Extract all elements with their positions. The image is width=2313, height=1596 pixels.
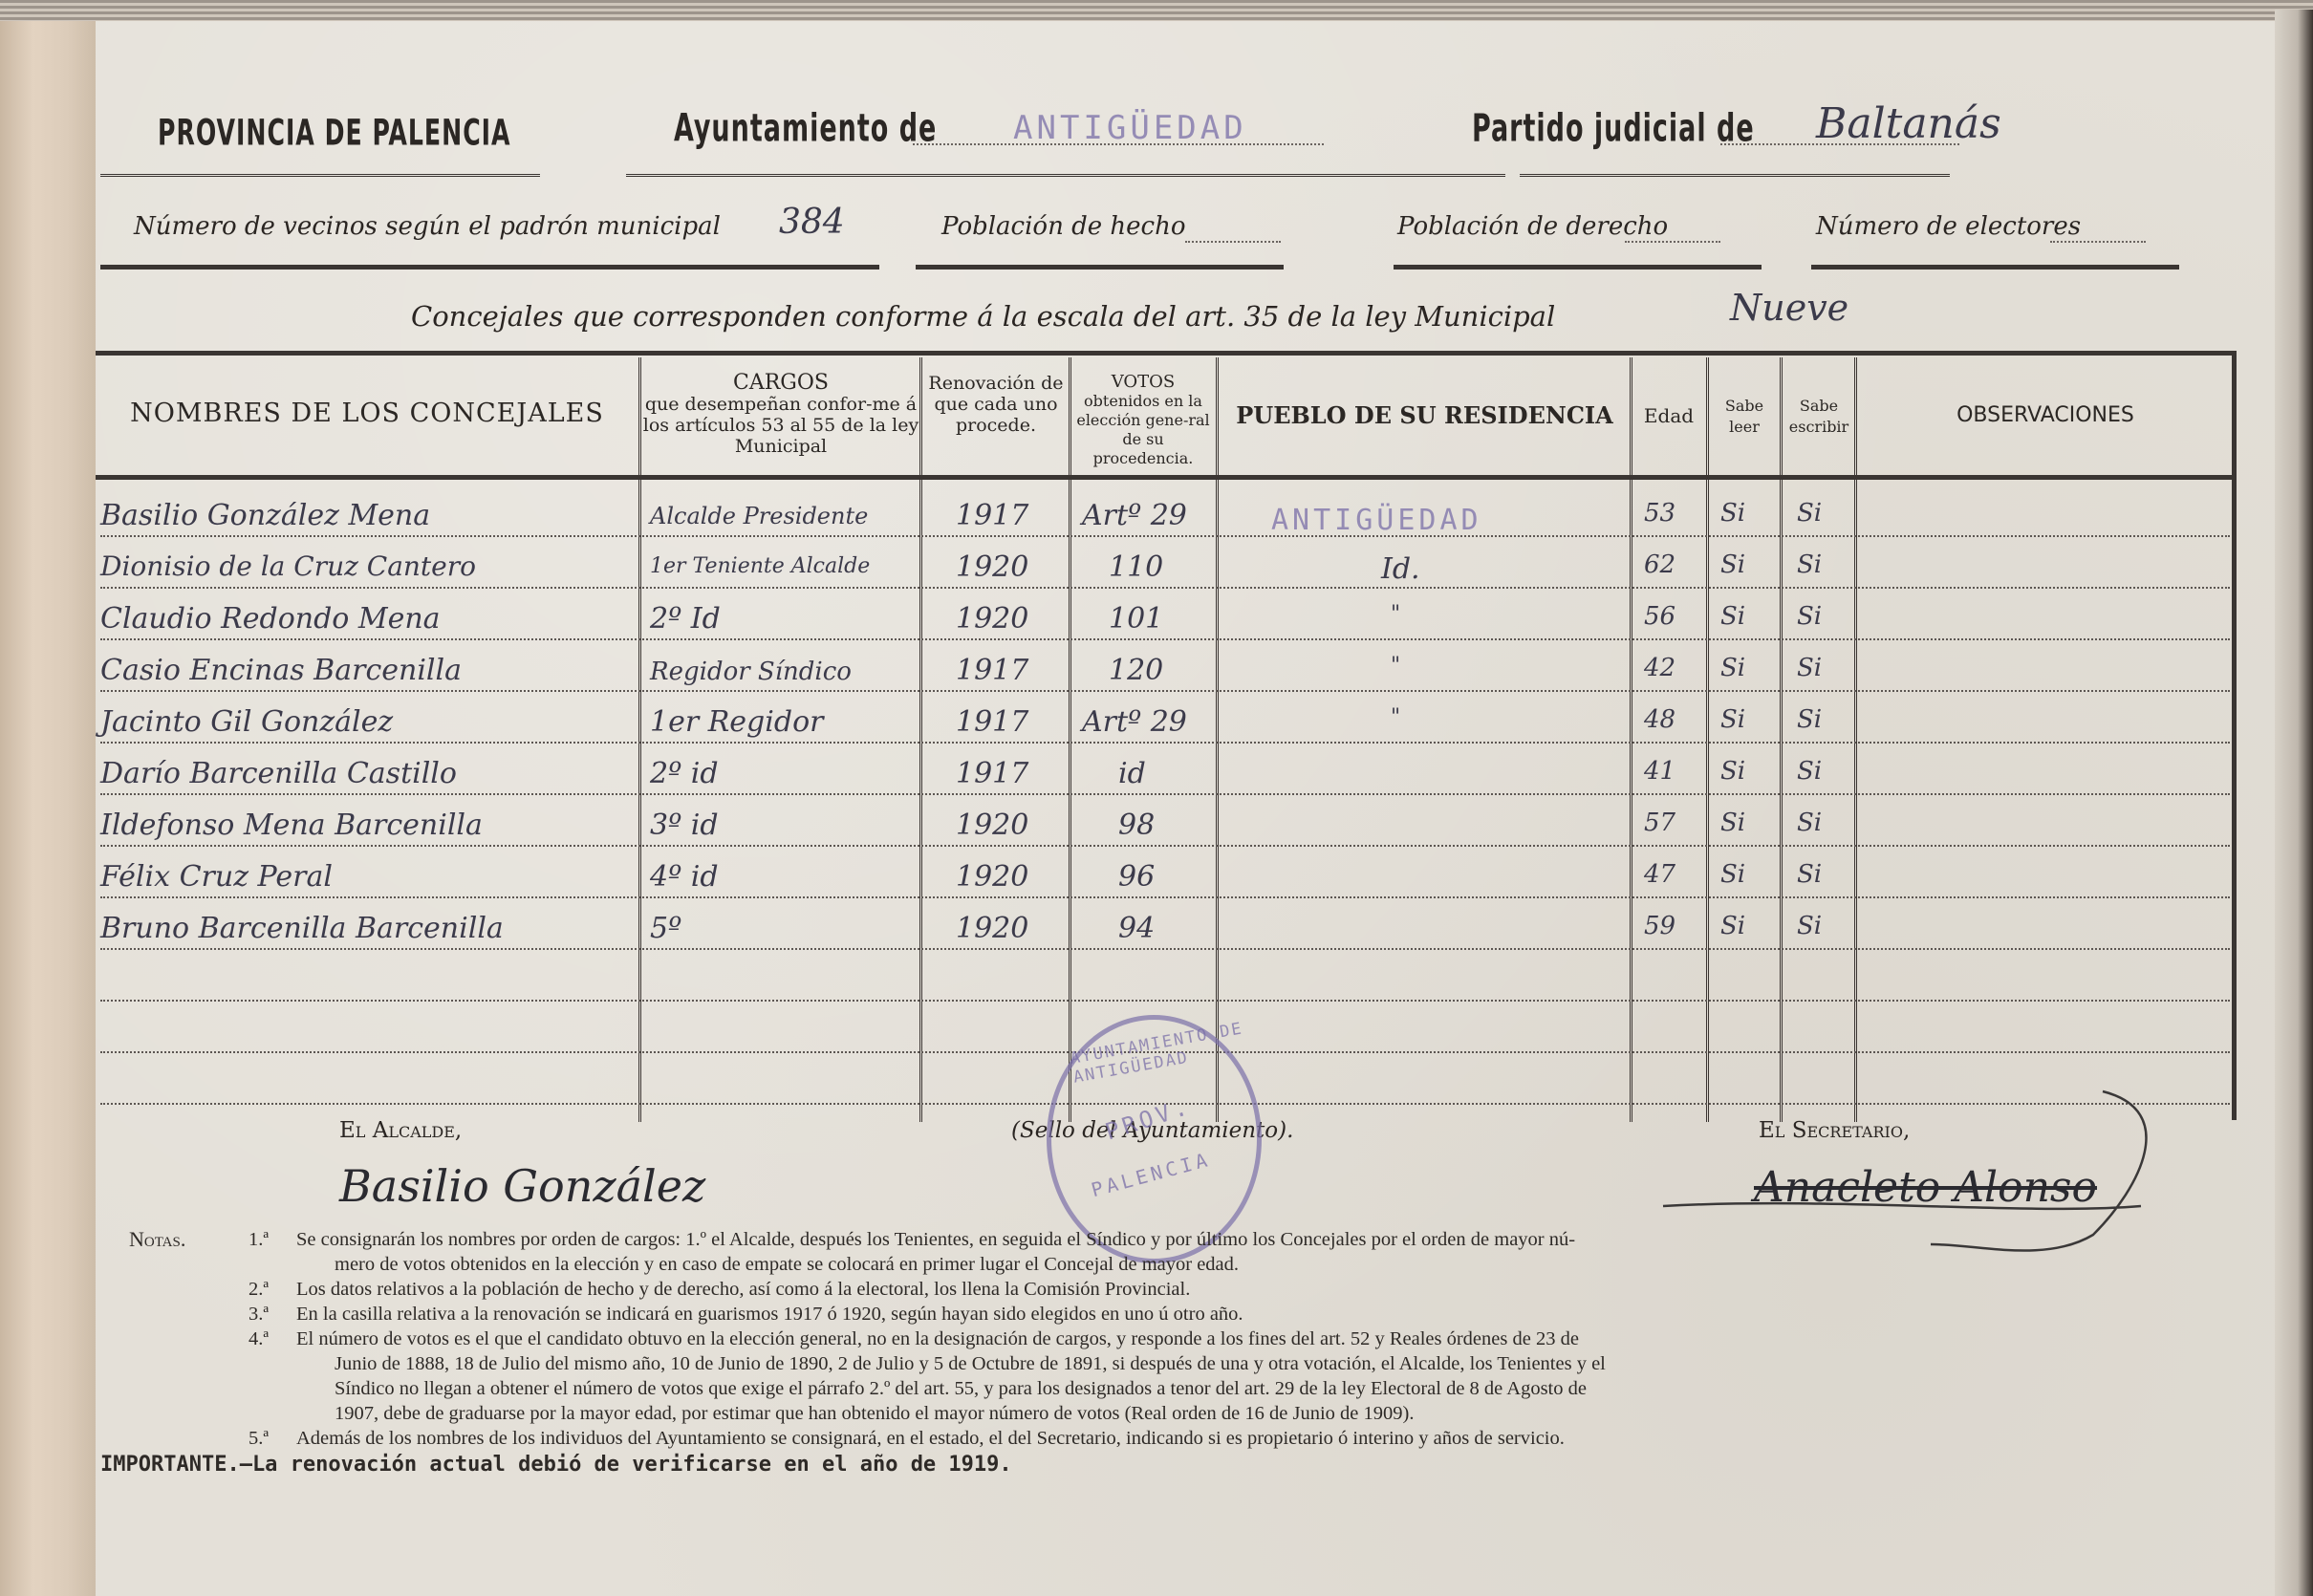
column-divider (1706, 357, 1709, 1122)
header-observaciones: OBSERVACIONES (1859, 405, 2232, 426)
header-nombres: NOMBRES DE LOS CONCEJALES (96, 403, 638, 424)
row-line (100, 742, 2230, 744)
note-1-line-1: Se consignarán los nombres por orden de … (296, 1227, 1575, 1252)
row-line (100, 690, 2230, 692)
row-8-cargo: 5º (650, 912, 681, 945)
note-4-num: 4.ª (249, 1326, 269, 1351)
row-1-cargo: 1er Teniente Alcalde (650, 554, 870, 578)
row-0-edad: 53 (1644, 499, 1675, 528)
row-4-nombre: Jacinto Gil González (100, 705, 393, 739)
row-6-cargo: 3º id (650, 809, 719, 842)
page-stack-edge (0, 0, 2313, 21)
alcalde-signature: Basilio González (339, 1160, 705, 1212)
row-4-renovacion: 1917 (956, 705, 1028, 739)
row-1-leer: Si (1720, 550, 1745, 579)
row-2-edad: 56 (1644, 602, 1675, 631)
row-5-votos: id (1118, 757, 1146, 790)
alcalde-label: El Alcalde, (339, 1118, 462, 1143)
row-3-pueblo: " (1391, 654, 1400, 678)
row-8-votos: 94 (1118, 912, 1155, 945)
row-3-leer: Si (1720, 654, 1745, 682)
row-1-pueblo: Id. (1381, 552, 1420, 586)
row-2-renovacion: 1920 (956, 602, 1028, 636)
divider (100, 174, 540, 177)
row-0-renovacion: 1917 (956, 499, 1028, 532)
row-0-escribir: Si (1797, 499, 1822, 528)
divider (100, 265, 879, 270)
note-4-line-3: Síndico no llegan a obtener el número de… (335, 1376, 1587, 1401)
ayuntamiento-label: Ayuntamiento de (674, 106, 937, 151)
note-3-num: 3.ª (249, 1302, 269, 1326)
header-votos-sub: obtenidos en la elección gene-ral de su … (1072, 392, 1214, 468)
row-7-escribir: Si (1797, 860, 1822, 889)
vecinos-label: Número de vecinos según el padrón munici… (134, 212, 721, 241)
row-line (100, 793, 2230, 795)
note-2-line-1: Los datos relativos a la población de he… (296, 1277, 1190, 1302)
row-6-leer: Si (1720, 809, 1745, 837)
partido-label: Partido judicial de (1472, 106, 1755, 151)
row-7-renovacion: 1920 (956, 860, 1028, 894)
electores-label: Número de electores (1816, 212, 2081, 241)
row-4-votos: Artº 29 (1082, 705, 1187, 739)
row-3-edad: 42 (1644, 654, 1675, 682)
municipal-seal: AYUNTAMIENTO DE ANTIGÜEDAD PROV. PALENCI… (1047, 1015, 1262, 1263)
row-5-leer: Si (1720, 757, 1745, 786)
column-divider (919, 357, 922, 1122)
row-5-nombre: Darío Barcenilla Castillo (100, 757, 457, 790)
notes-label: Notas. (129, 1227, 185, 1252)
row-5-edad: 41 (1644, 757, 1675, 786)
row-3-escribir: Si (1797, 654, 1822, 682)
row-1-escribir: Si (1797, 550, 1822, 579)
row-8-renovacion: 1920 (956, 912, 1028, 945)
electores-field (2050, 241, 2146, 243)
header-renovacion: Renovación de que cada uno procede. (925, 373, 1067, 436)
row-6-escribir: Si (1797, 809, 1822, 837)
row-3-nombre: Casio Encinas Barcenilla (100, 654, 462, 687)
poblacion-hecho-field (1185, 241, 1281, 243)
province-title: PROVINCIA DE PALENCIA (158, 111, 511, 154)
row-5-escribir: Si (1797, 757, 1822, 786)
row-2-nombre: Claudio Redondo Mena (100, 602, 441, 636)
note-4-line-4: 1907, debe de graduarse por la mayor eda… (335, 1401, 1414, 1426)
row-8-leer: Si (1720, 912, 1745, 940)
header-cargos: CARGOS que desempeñan confor-me á los ar… (642, 373, 919, 457)
row-line (100, 587, 2230, 589)
row-7-edad: 47 (1644, 860, 1675, 889)
document-page: PROVINCIA DE PALENCIA Ayuntamiento de AN… (96, 21, 2275, 1596)
row-line (100, 638, 2230, 640)
partido-value: Baltanás (1816, 99, 2001, 148)
row-2-votos: 101 (1109, 602, 1163, 636)
vecinos-value: 384 (779, 203, 845, 242)
concejales-value: Nueve (1730, 287, 1848, 329)
header-edad: Edad (1632, 405, 1705, 426)
row-line (100, 535, 2230, 537)
row-0-pueblo-stamp: ANTIGÜEDAD (1271, 504, 1482, 537)
row-1-nombre: Dionisio de la Cruz Cantero (100, 550, 476, 582)
concejales-label: Concejales que corresponden conforme á l… (411, 300, 1555, 333)
row-2-escribir: Si (1797, 602, 1822, 631)
note-4-line-1: El número de votos es el que el candidat… (296, 1326, 1579, 1351)
header-sabe-escribir: Sabe escribir (1783, 396, 1854, 438)
row-0-leer: Si (1720, 499, 1745, 528)
row-6-nombre: Ildefonso Mena Barcenilla (100, 809, 483, 842)
row-7-cargo: 4º id (650, 860, 719, 894)
row-3-votos: 120 (1109, 654, 1163, 687)
row-4-leer: Si (1720, 705, 1745, 734)
note-1-line-2: mero de votos obtenidos en la elección y… (335, 1252, 1239, 1277)
row-line (100, 845, 2230, 847)
row-6-votos: 98 (1118, 809, 1155, 842)
seal-mid-text: PROV. (1102, 1092, 1194, 1145)
row-3-renovacion: 1917 (956, 654, 1028, 687)
row-5-cargo: 2º id (650, 757, 719, 790)
row-7-leer: Si (1720, 860, 1745, 889)
row-1-edad: 62 (1644, 550, 1675, 579)
signature-flourish (1644, 1072, 2179, 1263)
seal-outer-text: AYUNTAMIENTO DE ANTIGÜEDAD (1069, 1017, 1259, 1087)
row-4-cargo: 1er Regidor (650, 705, 823, 739)
row-4-pueblo: " (1391, 705, 1400, 729)
row-0-nombre: Basilio González Mena (100, 499, 430, 532)
column-divider (1780, 357, 1783, 1122)
row-1-votos: 110 (1109, 550, 1163, 584)
note-2-num: 2.ª (249, 1277, 269, 1302)
table-right-border (2232, 351, 2237, 1120)
row-6-edad: 57 (1644, 809, 1675, 837)
row-1-renovacion: 1920 (956, 550, 1028, 584)
header-cargos-sub: que desempeñan confor-me á los artículos… (642, 394, 919, 457)
row-0-cargo: Alcalde Presidente (650, 503, 868, 529)
note-1-num: 1.ª (249, 1227, 269, 1252)
row-line (100, 948, 2230, 950)
note-4-line-2: Junio de 1888, 18 de Julio del mismo año… (335, 1351, 1606, 1376)
divider (1520, 174, 1950, 177)
header-cargos-title: CARGOS (642, 373, 919, 394)
row-4-edad: 48 (1644, 705, 1675, 734)
header-pueblo: PUEBLO DE SU RESIDENCIA (1221, 405, 1628, 426)
row-7-nombre: Félix Cruz Peral (100, 860, 333, 894)
row-0-votos: Artº 29 (1082, 499, 1187, 532)
row-2-cargo: 2º Id (650, 602, 721, 636)
column-divider (638, 357, 641, 1122)
poblacion-derecho-field (1625, 241, 1720, 243)
note-5-line-1: Además de los nombres de los individuos … (296, 1426, 1565, 1451)
book-binding (0, 0, 96, 1596)
divider (916, 265, 1284, 270)
divider (1394, 265, 1762, 270)
header-bottom-rule (96, 475, 2232, 480)
important-notice: IMPORTANTE.—La renovación actual debió d… (100, 1453, 1012, 1477)
header-sabe-leer: Sabe leer (1711, 396, 1778, 438)
note-3-line-1: En la casilla relativa a la renovación s… (296, 1302, 1243, 1326)
row-8-escribir: Si (1797, 912, 1822, 940)
column-divider (1216, 357, 1219, 1122)
column-divider (1854, 357, 1857, 1122)
row-7-votos: 96 (1118, 860, 1155, 894)
poblacion-hecho-label: Población de hecho (941, 212, 1185, 241)
row-line (100, 896, 2230, 898)
row-8-edad: 59 (1644, 912, 1675, 940)
row-4-escribir: Si (1797, 705, 1822, 734)
header-votos-title: VOTOS (1072, 373, 1214, 392)
ayuntamiento-stamp-value: ANTIGÜEDAD (1013, 109, 1247, 147)
row-8-nombre: Bruno Barcenilla Barcenilla (100, 912, 504, 945)
row-3-cargo: Regidor Síndico (650, 658, 852, 686)
row-5-renovacion: 1917 (956, 757, 1028, 790)
note-5-num: 5.ª (249, 1426, 269, 1451)
table-top-border (96, 351, 2237, 356)
column-divider (1069, 357, 1071, 1122)
seal-inner-text: PALENCIA (1089, 1148, 1213, 1201)
row-6-renovacion: 1920 (956, 809, 1028, 842)
poblacion-derecho-label: Población de derecho (1397, 212, 1668, 241)
row-line (100, 1000, 2230, 1002)
column-divider (1630, 357, 1632, 1122)
divider (1811, 265, 2179, 270)
row-2-pueblo: " (1391, 602, 1400, 626)
divider (626, 174, 1505, 177)
header-votos: VOTOS obtenidos en la elección gene-ral … (1072, 373, 1214, 468)
row-2-leer: Si (1720, 602, 1745, 631)
page-right-edge (2275, 10, 2313, 1596)
